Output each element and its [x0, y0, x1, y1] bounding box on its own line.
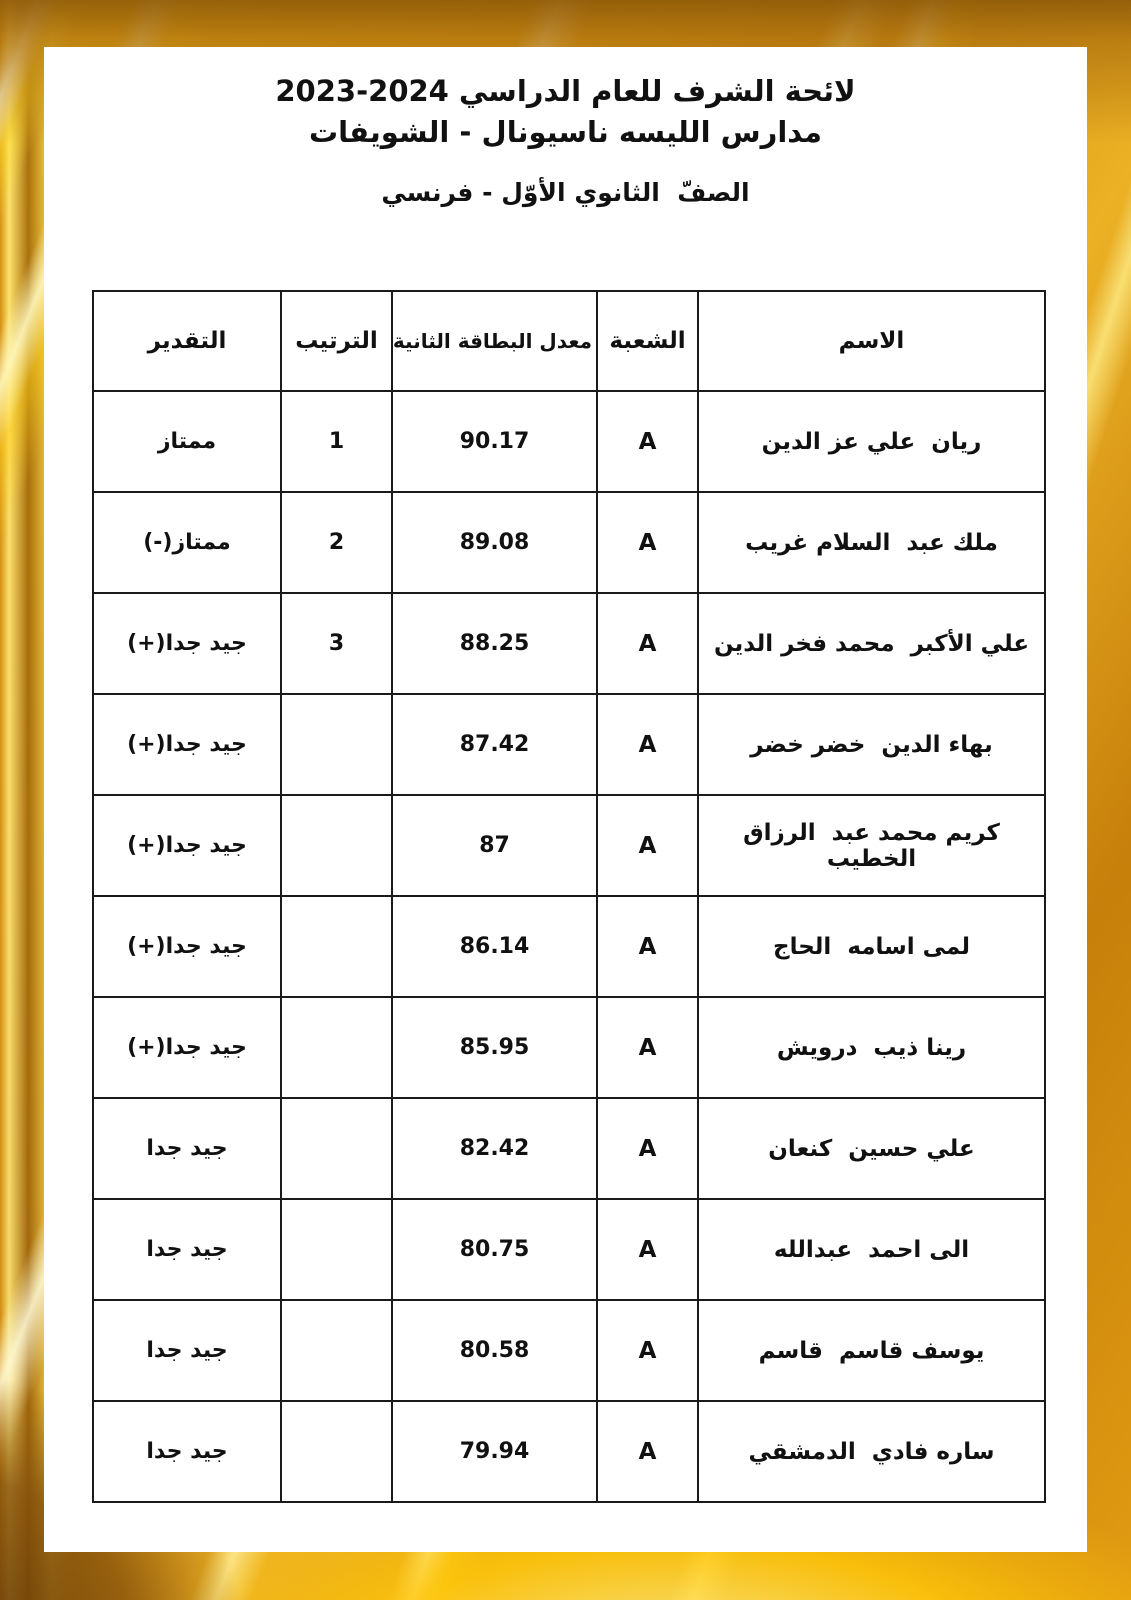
grade-cell: ممتاز(-): [93, 492, 281, 593]
section-cell: A: [597, 795, 698, 896]
document-panel: لائحة الشرف للعام الدراسي 2024-2023 مدار…: [44, 47, 1087, 1552]
table-row: لمى اسامه الحاج A 86.14 جيد جدا(+): [93, 896, 1045, 997]
document-title-line2: مدارس الليسه ناسيونال - الشويفات: [44, 112, 1087, 153]
section-cell: A: [597, 1199, 698, 1300]
student-name-cell: يوسف قاسم قاسم: [698, 1300, 1045, 1401]
section-cell: A: [597, 391, 698, 492]
rank-cell: 1: [281, 391, 392, 492]
honor-roll-table: الاسم الشعبة معدل البطاقة الثانية الترتي…: [92, 290, 1046, 1503]
average-cell: 87: [392, 795, 597, 896]
section-cell: A: [597, 997, 698, 1098]
average-cell: 87.42: [392, 694, 597, 795]
average-cell: 80.58: [392, 1300, 597, 1401]
rank-cell: [281, 1199, 392, 1300]
average-cell: 88.25: [392, 593, 597, 694]
grade-cell: جيد جدا(+): [93, 694, 281, 795]
class-subtitle: الصفّ الثانوي الأوّل - فرنسي: [44, 178, 1087, 207]
table-header-row: الاسم الشعبة معدل البطاقة الثانية الترتي…: [93, 291, 1045, 391]
table-row: علي حسين كنعان A 82.42 جيد جدا: [93, 1098, 1045, 1199]
table-row: رينا ذيب درويش A 85.95 جيد جدا(+): [93, 997, 1045, 1098]
average-cell: 90.17: [392, 391, 597, 492]
rank-cell: [281, 1401, 392, 1502]
table-row: ملك عبد السلام غريب A 89.08 2 ممتاز(-): [93, 492, 1045, 593]
rank-cell: [281, 795, 392, 896]
rank-cell: [281, 896, 392, 997]
grade-cell: جيد جدا(+): [93, 997, 281, 1098]
rank-cell: [281, 1098, 392, 1199]
student-name-cell: رينا ذيب درويش: [698, 997, 1045, 1098]
grade-cell: جيد جدا: [93, 1199, 281, 1300]
rank-cell: 3: [281, 593, 392, 694]
average-cell: 85.95: [392, 997, 597, 1098]
student-name-cell: علي حسين كنعان: [698, 1098, 1045, 1199]
grade-cell: جيد جدا: [93, 1300, 281, 1401]
table-row: يوسف قاسم قاسم A 80.58 جيد جدا: [93, 1300, 1045, 1401]
header-rank: الترتيب: [281, 291, 392, 391]
table-row: ريان علي عز الدين A 90.17 1 ممتاز: [93, 391, 1045, 492]
average-cell: 86.14: [392, 896, 597, 997]
student-name-cell: الى احمد عبدالله: [698, 1199, 1045, 1300]
header-grade: التقدير: [93, 291, 281, 391]
section-cell: A: [597, 694, 698, 795]
page-background: { "header": { "title_line1": "لائحة الشر…: [0, 0, 1131, 1600]
student-name-cell: لمى اسامه الحاج: [698, 896, 1045, 997]
student-name-cell: ريان علي عز الدين: [698, 391, 1045, 492]
rank-cell: [281, 1300, 392, 1401]
table-row: كريم محمد عبد الرزاق الخطيب A 87 جيد جدا…: [93, 795, 1045, 896]
grade-cell: جيد جدا: [93, 1098, 281, 1199]
student-name-cell: ساره فادي الدمشقي: [698, 1401, 1045, 1502]
section-cell: A: [597, 896, 698, 997]
average-cell: 79.94: [392, 1401, 597, 1502]
header-name: الاسم: [698, 291, 1045, 391]
section-cell: A: [597, 492, 698, 593]
table-row: ساره فادي الدمشقي A 79.94 جيد جدا: [93, 1401, 1045, 1502]
section-cell: A: [597, 1098, 698, 1199]
grade-cell: جيد جدا(+): [93, 896, 281, 997]
grade-cell: جيد جدا(+): [93, 593, 281, 694]
section-cell: A: [597, 1401, 698, 1502]
section-cell: A: [597, 593, 698, 694]
header-average: معدل البطاقة الثانية: [392, 291, 597, 391]
average-cell: 89.08: [392, 492, 597, 593]
table-row: بهاء الدين خضر خضر A 87.42 جيد جدا(+): [93, 694, 1045, 795]
rank-cell: 2: [281, 492, 392, 593]
grade-cell: جيد جدا: [93, 1401, 281, 1502]
average-cell: 82.42: [392, 1098, 597, 1199]
table-row: الى احمد عبدالله A 80.75 جيد جدا: [93, 1199, 1045, 1300]
rank-cell: [281, 997, 392, 1098]
student-name-cell: كريم محمد عبد الرزاق الخطيب: [698, 795, 1045, 896]
student-name-cell: بهاء الدين خضر خضر: [698, 694, 1045, 795]
document-title-line1: لائحة الشرف للعام الدراسي 2024-2023: [44, 71, 1087, 112]
rank-cell: [281, 694, 392, 795]
student-name-cell: ملك عبد السلام غريب: [698, 492, 1045, 593]
grade-cell: ممتاز: [93, 391, 281, 492]
grade-cell: جيد جدا(+): [93, 795, 281, 896]
document-header: لائحة الشرف للعام الدراسي 2024-2023 مدار…: [44, 47, 1087, 207]
table-row: علي الأكبر محمد فخر الدين A 88.25 3 جيد …: [93, 593, 1045, 694]
student-name-cell: علي الأكبر محمد فخر الدين: [698, 593, 1045, 694]
header-section: الشعبة: [597, 291, 698, 391]
average-cell: 80.75: [392, 1199, 597, 1300]
section-cell: A: [597, 1300, 698, 1401]
